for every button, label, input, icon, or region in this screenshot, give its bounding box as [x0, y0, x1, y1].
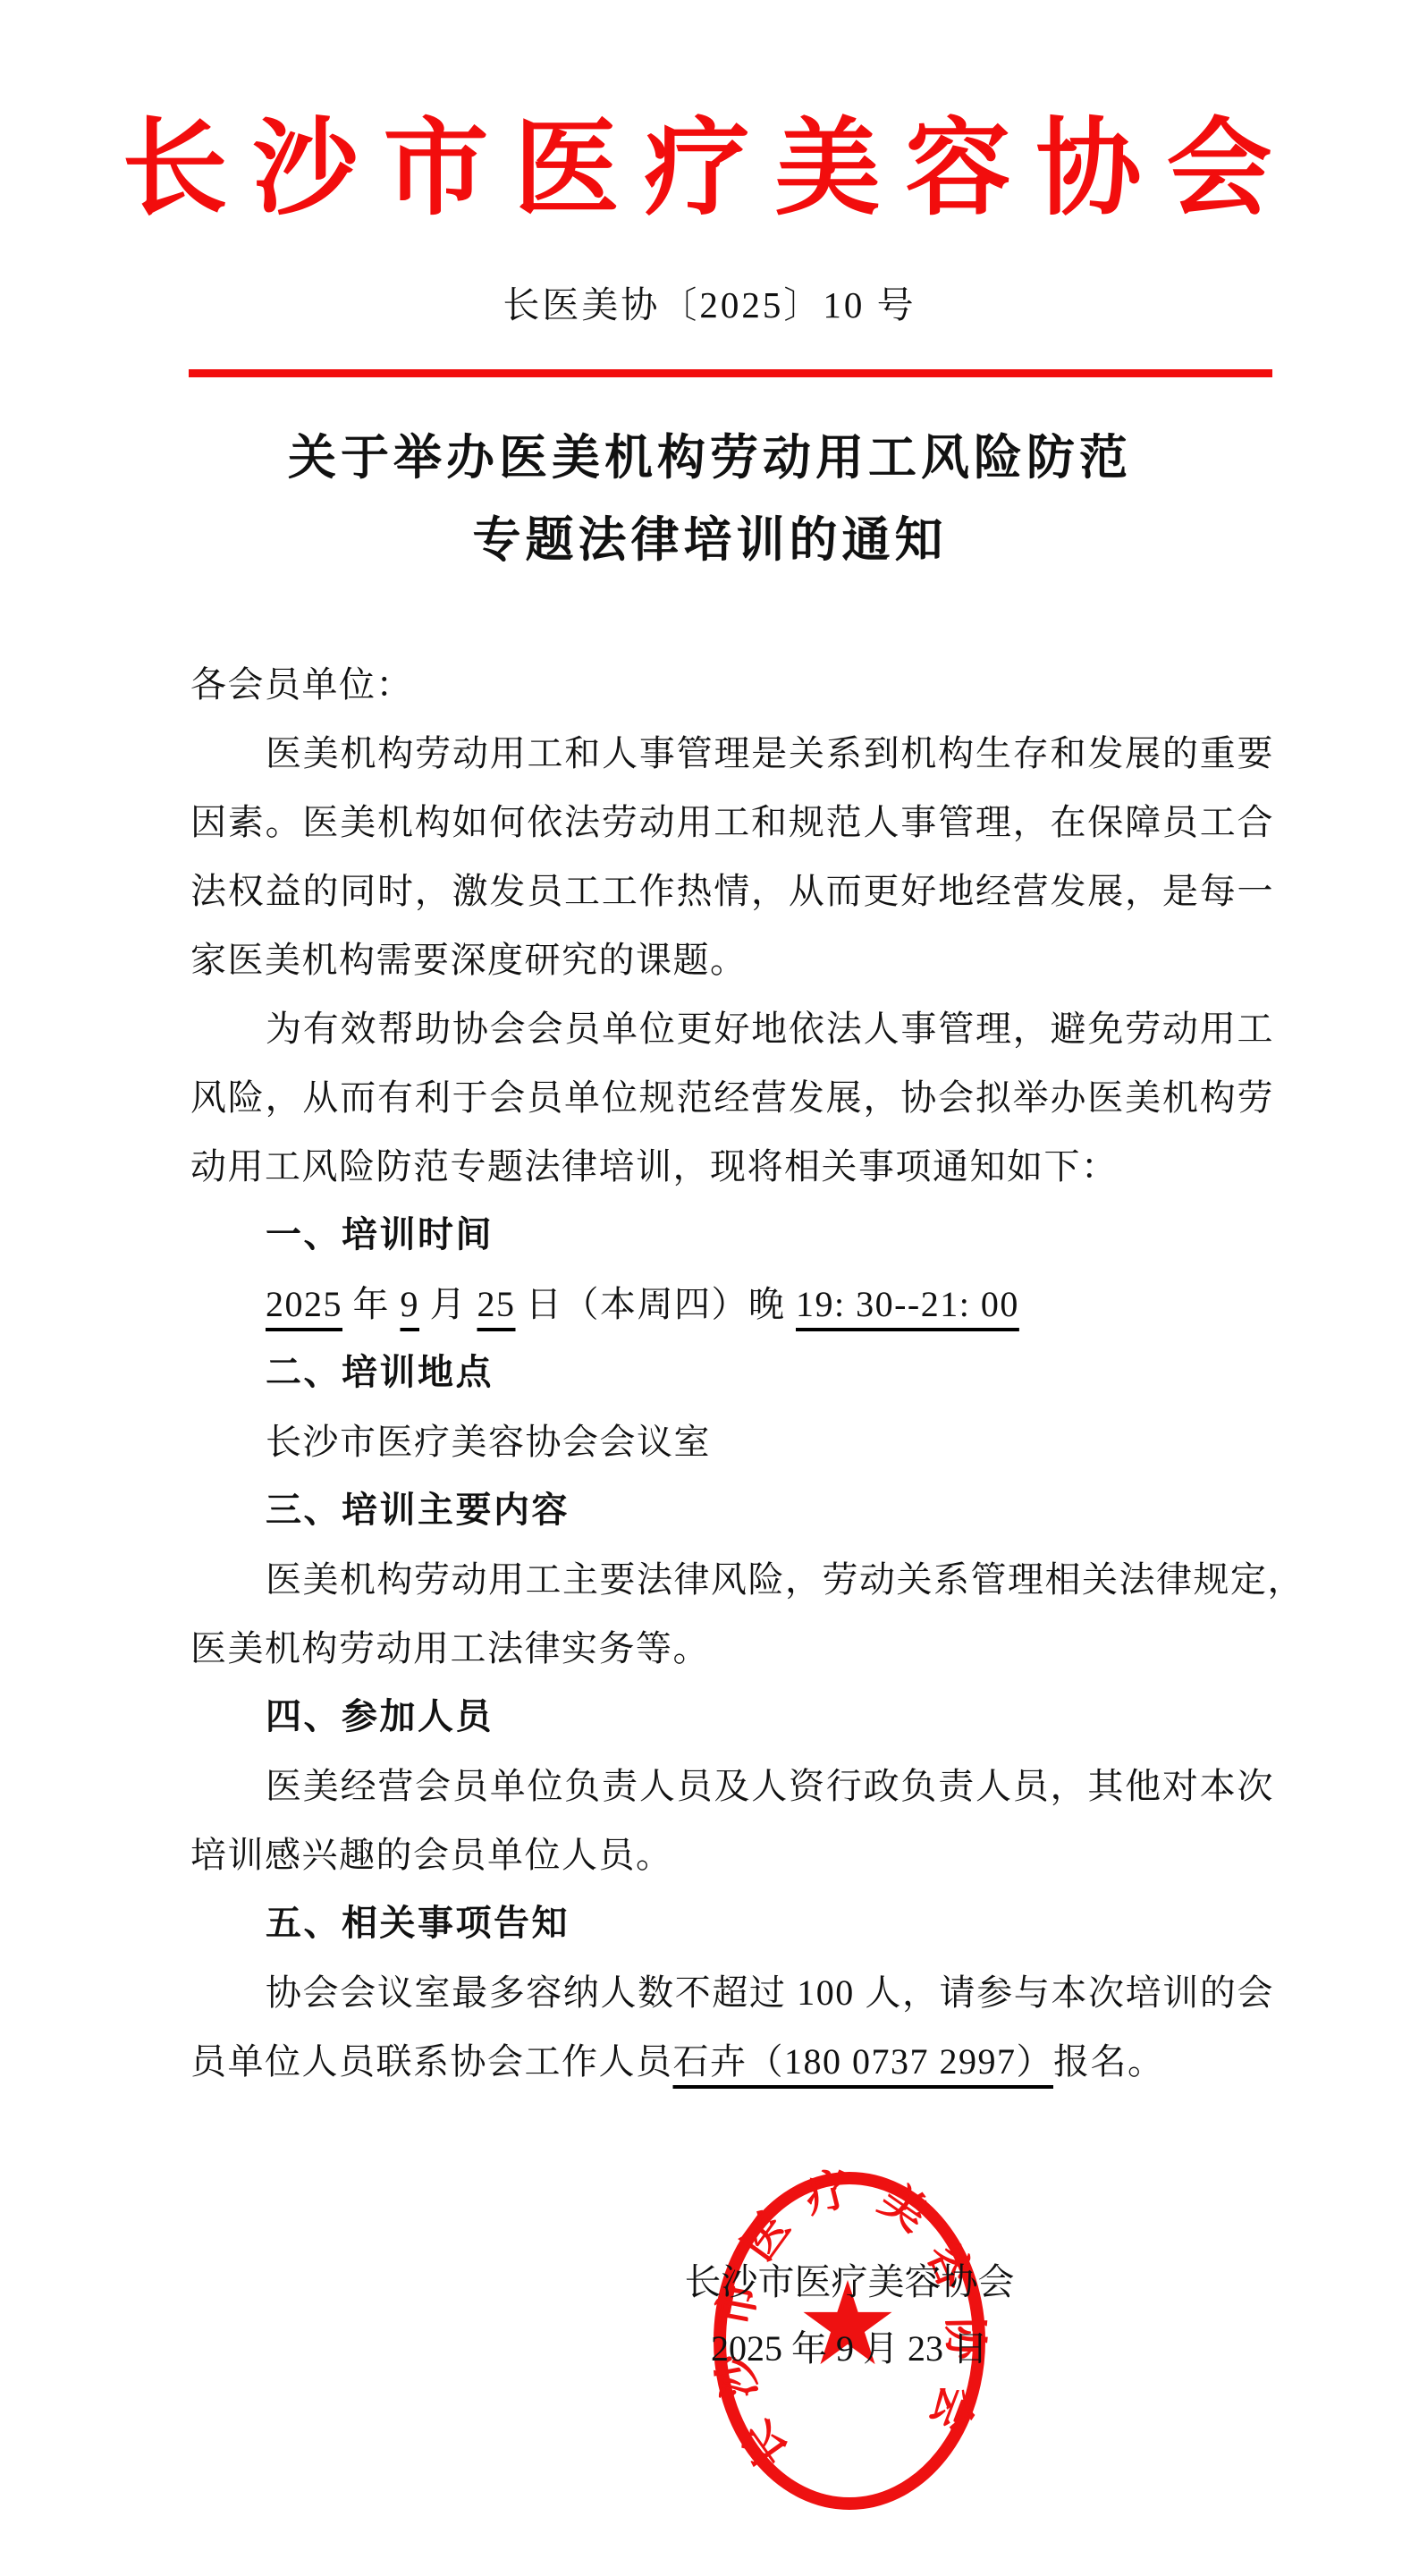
body-line: 法权益的同时，激发员工工作热情，从而更好地经营发展，是每一 — [190, 857, 1274, 925]
body-line: 培训感兴趣的会员单位人员。 — [190, 1820, 1274, 1889]
time-text: 月 — [419, 1284, 477, 1324]
underlined-month: 9 — [401, 1284, 420, 1324]
body-line: 因素。医美机构如何依法劳动用工和规范人事管理，在保障员工合 — [190, 788, 1274, 857]
body-line: 家医美机构需要深度研究的课题。 — [190, 925, 1274, 994]
org-title: 长沙市医疗美容协会 — [0, 113, 1419, 227]
section-heading-participants: 四、参加人员 — [190, 1683, 1274, 1752]
doc-title-line2: 专题法律培训的通知 — [168, 499, 1252, 581]
doc-title-line1: 关于举办医美机构劳动用工风险防范 — [168, 417, 1252, 499]
training-time-line: 2025 年 9 月 25 日（本周四）晚 19: 30--21: 00 — [190, 1270, 1274, 1339]
underlined-contact-phone: 石卉（180 0737 2997） — [673, 2041, 1054, 2082]
doc-title: 关于举办医美机构劳动用工风险防范 专题法律培训的通知 — [168, 417, 1252, 581]
underlined-year: 2025 — [266, 1284, 342, 1324]
notice-document: 长沙市医疗美容协会 长医美协〔2025〕10 号 关于举办医美机构劳动用工风险防… — [0, 0, 1419, 2576]
salutation: 各会员单位： — [190, 650, 1274, 719]
body-line: 协会会议室最多容纳人数不超过 100 人，请参与本次培训的会 — [190, 1958, 1274, 2027]
enroll-contact-line: 员单位人员联系协会工作人员石卉（180 0737 2997）报名。 — [190, 2027, 1274, 2096]
body-line: 动用工风险防范专题法律培训，现将相关事项通知如下： — [190, 1132, 1274, 1201]
red-divider-line — [189, 369, 1272, 377]
underlined-day: 25 — [477, 1284, 516, 1324]
body-line: 医美机构劳动用工法律实务等。 — [190, 1614, 1274, 1683]
body-line: 医美机构劳动用工主要法律风险，劳动关系管理相关法律规定， — [190, 1545, 1274, 1614]
section-heading-training-place: 二、培训地点 — [190, 1339, 1274, 1407]
signature-date: 2025 年 9 月 23 日 — [662, 2327, 1037, 2370]
section-heading-training-time: 一、培训时间 — [190, 1201, 1274, 1270]
body-line: 为有效帮助协会会员单位更好地依法人事管理，避免劳动用工 — [190, 994, 1274, 1063]
body-line: 医美经营会员单位负责人员及人资行政负责人员，其他对本次 — [190, 1752, 1274, 1820]
underlined-hours: 19: 30--21: 00 — [796, 1284, 1019, 1324]
notice-body: 各会员单位： 医美机构劳动用工和人事管理是关系到机构生存和发展的重要 因素。医美… — [190, 650, 1274, 2096]
enroll-text: 员单位人员联系协会工作人员 — [190, 2041, 673, 2082]
time-text: 日（本周四）晚 — [516, 1284, 797, 1324]
training-place-line: 长沙市医疗美容协会会议室 — [190, 1407, 1274, 1476]
section-heading-other-matters: 五、相关事项告知 — [190, 1889, 1274, 1958]
time-text: 年 — [342, 1284, 401, 1324]
doc-number: 长医美协〔2025〕10 号 — [0, 283, 1419, 327]
section-heading-training-content: 三、培训主要内容 — [190, 1476, 1274, 1545]
body-line: 医美机构劳动用工和人事管理是关系到机构生存和发展的重要 — [190, 719, 1274, 788]
enroll-text: 报名。 — [1053, 2041, 1165, 2082]
body-line: 风险，从而有利于会员单位规范经营发展，协会拟举办医美机构劳 — [190, 1063, 1274, 1132]
signature-org: 长沙市医疗美容协会 — [662, 2260, 1037, 2303]
